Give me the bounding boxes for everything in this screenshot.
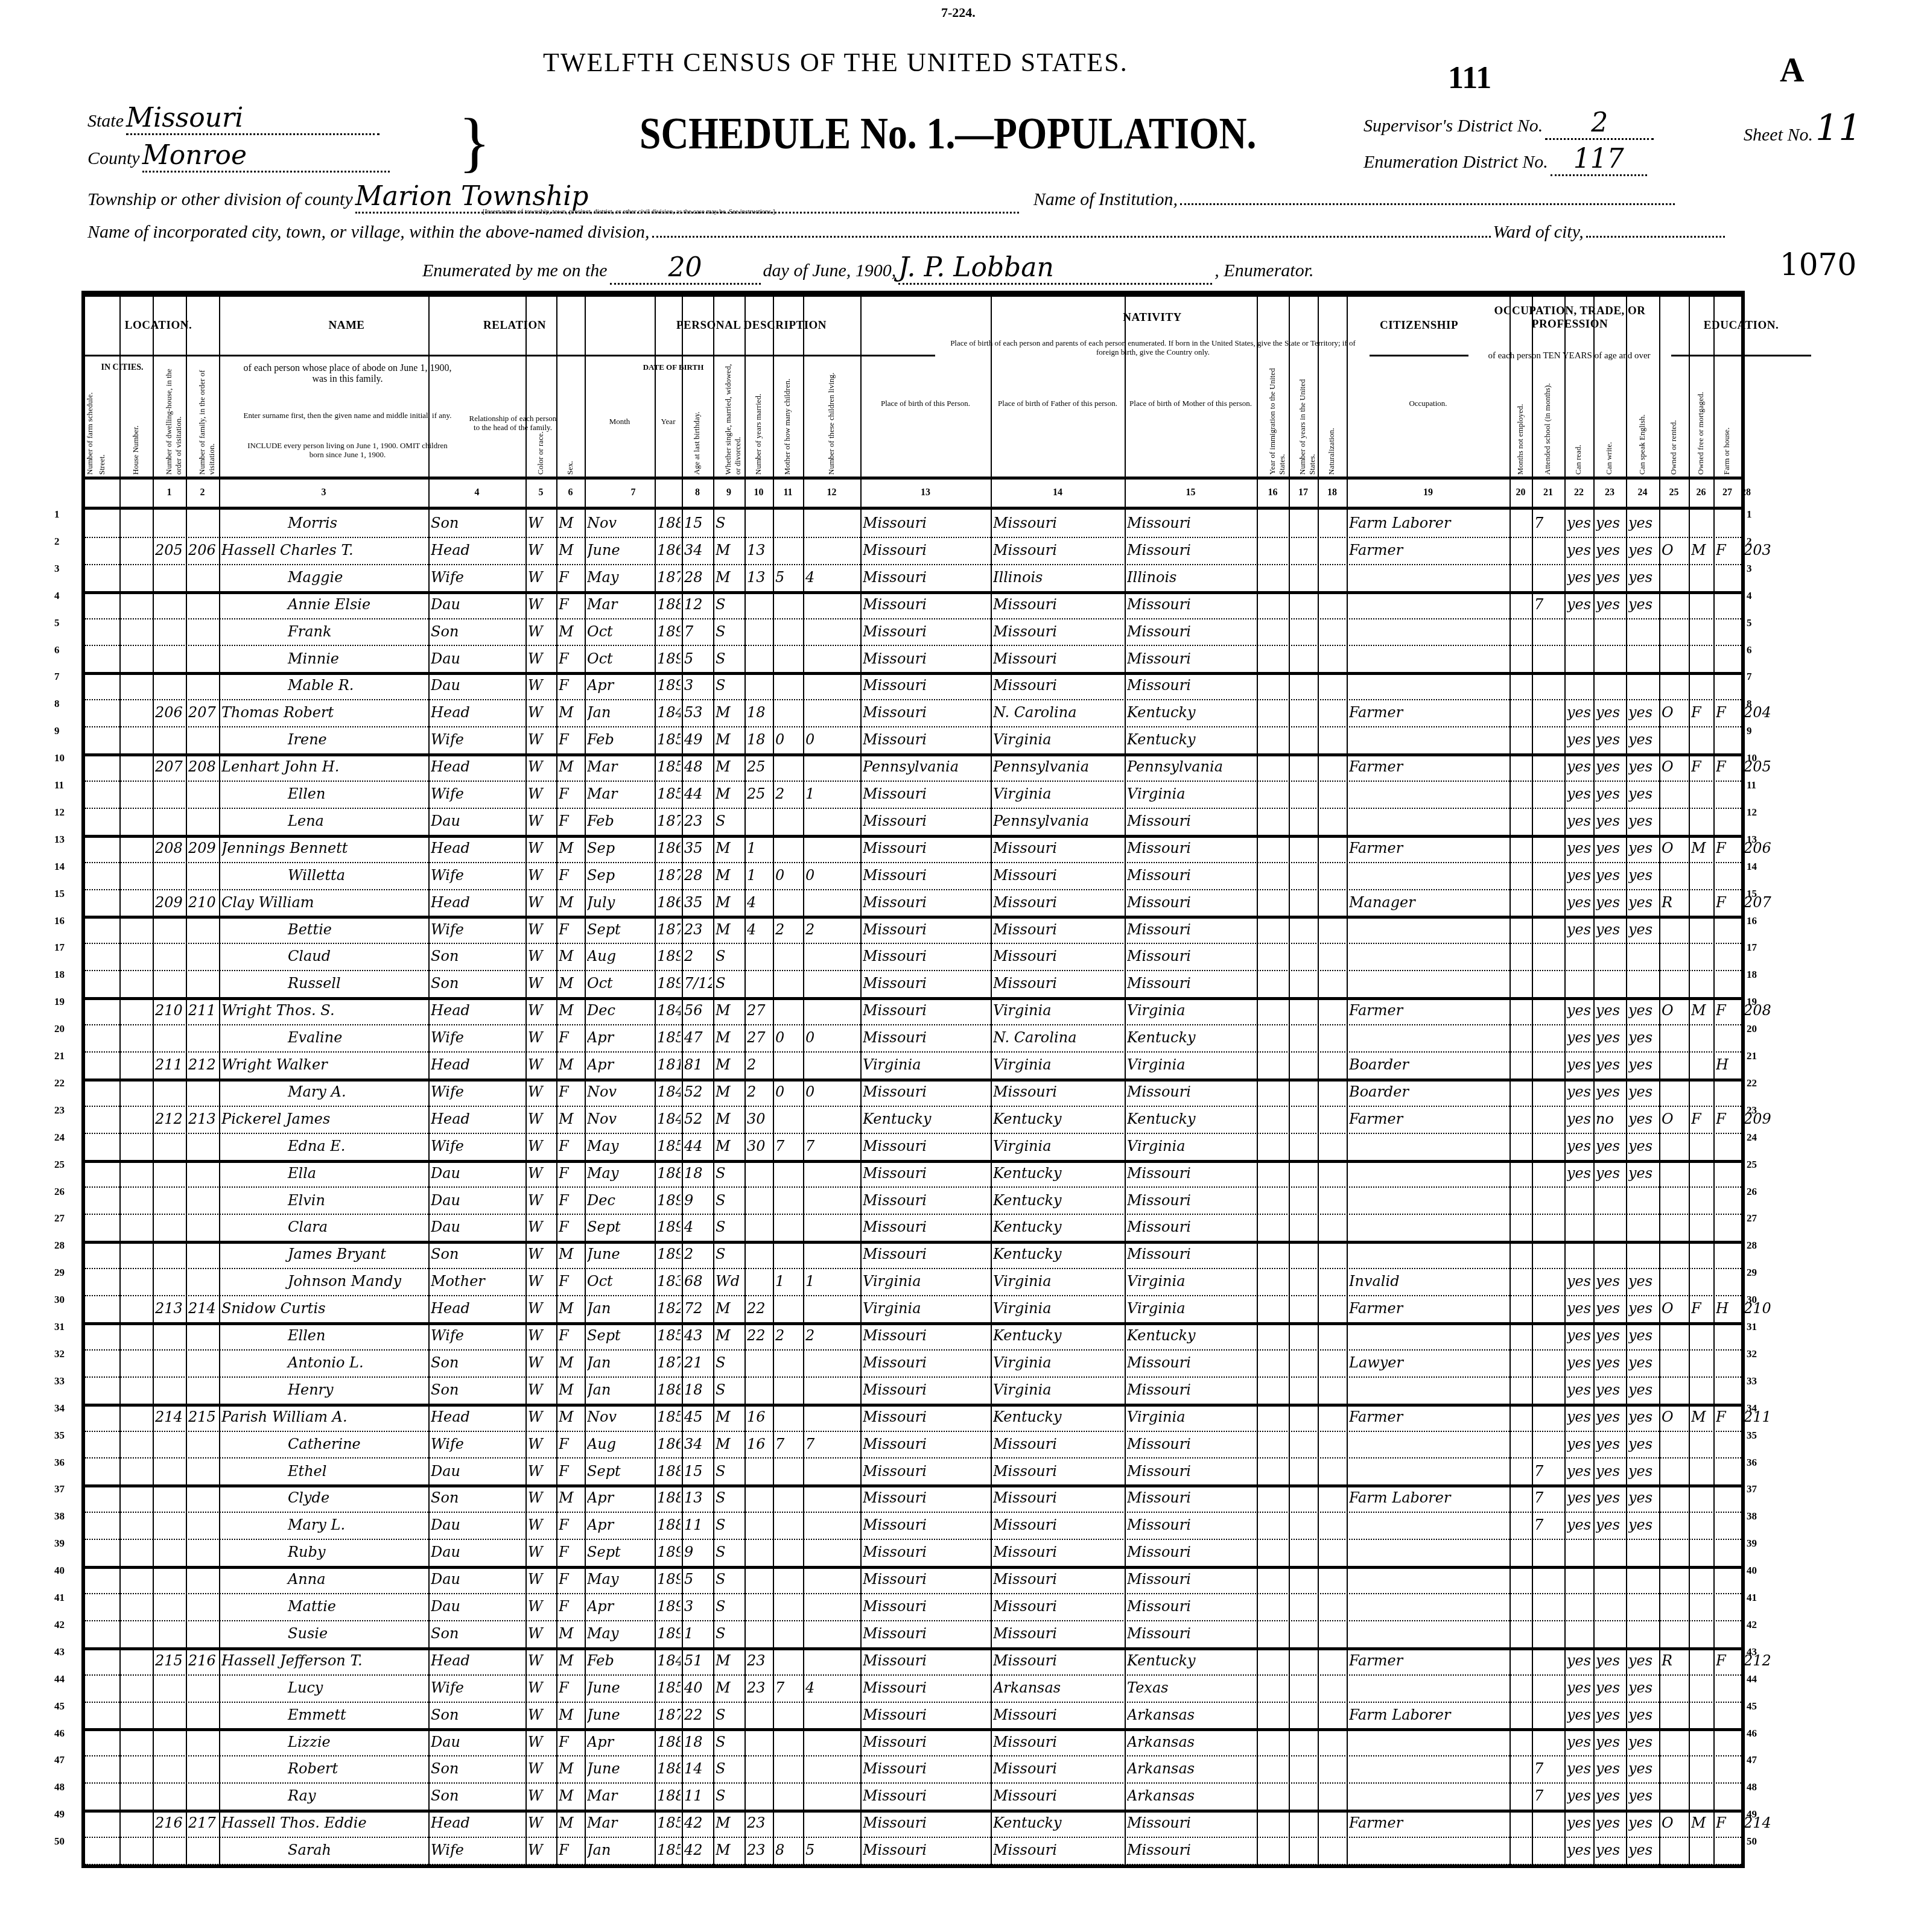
cell-relation: Wife xyxy=(431,1842,524,1858)
line-number-left: 1 xyxy=(54,508,60,521)
cell-race: W xyxy=(528,1571,555,1588)
cell-living: 0 xyxy=(805,1083,859,1100)
cell-age: 12 xyxy=(684,596,712,613)
cell-dwelling: 212 xyxy=(155,1110,185,1127)
table-row: Edna E.WifeWFMay185644M3077MissouriVirgi… xyxy=(85,1133,1741,1163)
cell-read: yes xyxy=(1567,812,1592,829)
line-number: 48 xyxy=(1747,1781,1757,1793)
cell-father-birth: Kentucky xyxy=(993,1814,1123,1831)
column-label: Occupation. xyxy=(1349,399,1507,408)
column-label: Months not employed. xyxy=(1516,363,1525,475)
cell-write: yes xyxy=(1596,704,1625,721)
cell-dwelling: 207 xyxy=(155,758,185,775)
supervisor-value: 2 xyxy=(1545,107,1654,140)
cell-month: Apr xyxy=(587,1056,653,1073)
cell-mother-of: 2 xyxy=(775,1327,802,1344)
table-row: SarahWifeWFJan185842M2385MissouriMissour… xyxy=(85,1837,1741,1865)
cell-year: 1856 xyxy=(657,1327,681,1344)
cell-mother-birth: Missouri xyxy=(1127,975,1256,992)
cell-year: 1856 xyxy=(657,1138,681,1154)
state-label: State xyxy=(87,111,124,131)
cell-birth: Missouri xyxy=(863,894,989,911)
table-row: BettieWifeWFSept187623M422MissouriMissou… xyxy=(85,916,1741,945)
cell-race: W xyxy=(528,1436,555,1452)
city-field: Name of incorporated city, town, or vill… xyxy=(87,222,1725,242)
cell-yrs-married: 2 xyxy=(747,1083,772,1100)
cell-age: 47 xyxy=(684,1029,712,1046)
cell-age: 44 xyxy=(684,785,712,802)
cell-english: yes xyxy=(1628,542,1658,559)
cell-sex: M xyxy=(559,1625,583,1642)
line-number-left: 24 xyxy=(54,1132,65,1144)
cell-english: yes xyxy=(1628,1002,1658,1019)
cell-marital: S xyxy=(716,1544,743,1560)
cell-month: Nov xyxy=(587,1083,653,1100)
cell-race: W xyxy=(528,1110,555,1127)
cell-dwelling: 206 xyxy=(155,704,185,721)
cell-father-birth: Pennsylvania xyxy=(993,812,1123,829)
cell-month: Mar xyxy=(587,1787,653,1804)
cell-english: yes xyxy=(1628,1760,1658,1777)
cell-marital: S xyxy=(716,1706,743,1723)
cell-mother-birth: Missouri xyxy=(1127,1083,1256,1100)
column-label: Whether single, married, widowed, or div… xyxy=(723,363,743,475)
cell-write: yes xyxy=(1596,1679,1625,1696)
cell-marital: M xyxy=(716,785,743,802)
line-number: 43 xyxy=(1747,1646,1757,1658)
line-number: 42 xyxy=(1747,1619,1757,1631)
cell-read: yes xyxy=(1567,1787,1592,1804)
cell-marital: M xyxy=(716,731,743,748)
cell-marital: S xyxy=(716,1354,743,1371)
column-number: 15 xyxy=(1125,487,1257,498)
institution-label: Name of Institution, xyxy=(1033,189,1178,209)
column-label: House Number. xyxy=(131,363,141,475)
cell-farm: H xyxy=(1716,1300,1740,1317)
cell-race: W xyxy=(528,1029,555,1046)
cell-month: Mar xyxy=(587,1814,653,1831)
cell-sex: M xyxy=(559,515,583,531)
cell-mother-of: 0 xyxy=(775,1083,802,1100)
cell-name: Lenhart John H. xyxy=(221,758,427,775)
cell-occupation: Manager xyxy=(1349,894,1508,911)
cell-marital: S xyxy=(716,948,743,964)
cell-mort: M xyxy=(1691,1814,1712,1831)
cell-farm: F xyxy=(1716,542,1740,559)
table-row: 214215Parish William A.HeadWMNov185445M1… xyxy=(85,1404,1741,1432)
cell-marital: M xyxy=(716,1408,743,1425)
table-row: 206207Thomas RobertHeadWMJan184753M18Mis… xyxy=(85,699,1741,727)
line-number: 13 xyxy=(1747,834,1757,846)
column-number: 23 xyxy=(1593,487,1626,498)
cell-occupation: Farmer xyxy=(1349,1408,1508,1425)
cell-write: yes xyxy=(1596,1300,1625,1317)
table-row: RubyDauWFSept18909SMissouriMissouriMisso… xyxy=(85,1539,1741,1569)
line-number: 4 xyxy=(1747,590,1752,602)
cell-month: Mar xyxy=(587,758,653,775)
county-label: County xyxy=(87,148,140,168)
cell-write: yes xyxy=(1596,1002,1625,1019)
cell-marital: M xyxy=(716,1029,743,1046)
cell-age: 5 xyxy=(684,1571,712,1588)
column-label: Number of these children living. xyxy=(827,363,836,475)
table-row: EvalineWifeWFApr185347M2700MissouriN. Ca… xyxy=(85,1024,1741,1053)
cell-english: yes xyxy=(1628,1706,1658,1723)
cell-relation: Wife xyxy=(431,1679,524,1696)
cell-race: W xyxy=(528,1760,555,1777)
cell-read: yes xyxy=(1567,758,1592,775)
ed-value: 117 xyxy=(1551,144,1647,176)
cell-race: W xyxy=(528,1246,555,1262)
line-number-left: 26 xyxy=(54,1186,65,1198)
cell-mother-of: 0 xyxy=(775,1029,802,1046)
cell-mort: M xyxy=(1691,1002,1712,1019)
cell-write: yes xyxy=(1596,812,1625,829)
line-number-left: 44 xyxy=(54,1673,65,1685)
cell-relation: Dau xyxy=(431,650,524,667)
cell-mother-birth: Missouri xyxy=(1127,1463,1256,1480)
cell-write: yes xyxy=(1596,1652,1625,1669)
cell-father-birth: Missouri xyxy=(993,1463,1123,1480)
table-row: SusieSonWMMay18991SMissouriMissouriMisso… xyxy=(85,1620,1741,1650)
cell-mother-birth: Missouri xyxy=(1127,1218,1256,1235)
cell-marital: M xyxy=(716,1002,743,1019)
cell-sex: F xyxy=(559,731,583,748)
cell-english: yes xyxy=(1628,1110,1658,1127)
cell-read: yes xyxy=(1567,840,1592,857)
cell-father-birth: Missouri xyxy=(993,1516,1123,1533)
cell-write: yes xyxy=(1596,1842,1625,1858)
cell-year: 1852 xyxy=(657,758,681,775)
cell-birth: Missouri xyxy=(863,1165,989,1182)
cell-yrs-married: 4 xyxy=(747,921,772,938)
cell-year: 1849 xyxy=(657,1652,681,1669)
cell-read: yes xyxy=(1567,1706,1592,1723)
table-row: Mary A.WifeWFNov184752M200MissouriMissou… xyxy=(85,1078,1741,1107)
cell-read: yes xyxy=(1567,1679,1592,1696)
township-field: Township or other division of county Mar… xyxy=(87,181,1675,214)
cell-write: yes xyxy=(1596,1787,1625,1804)
cell-english: yes xyxy=(1628,1273,1658,1290)
cell-mother-birth: Missouri xyxy=(1127,515,1256,531)
cell-yrs-married: 23 xyxy=(747,1679,772,1696)
cell-write: yes xyxy=(1596,921,1625,938)
cell-mother-birth: Kentucky xyxy=(1127,1652,1256,1669)
cell-race: W xyxy=(528,1787,555,1804)
cell-age: 51 xyxy=(684,1652,712,1669)
cell-month: Jan xyxy=(587,704,653,721)
cell-occupation: Boarder xyxy=(1349,1083,1508,1100)
cell-age: 3 xyxy=(684,1598,712,1615)
scan-margin xyxy=(0,1870,1927,1932)
cell-sex: F xyxy=(559,1436,583,1452)
cell-occupation: Farm Laborer xyxy=(1349,1706,1508,1723)
cell-occupation: Farmer xyxy=(1349,542,1508,559)
cell-relation: Wife xyxy=(431,1138,524,1154)
cell-mother-birth: Missouri xyxy=(1127,1165,1256,1182)
cell-month: Apr xyxy=(587,1516,653,1533)
cell-month: Sept xyxy=(587,1544,653,1560)
cell-english: yes xyxy=(1628,1463,1658,1480)
cell-relation: Wife xyxy=(431,921,524,938)
line-number: 26 xyxy=(1747,1186,1757,1198)
line-number: 31 xyxy=(1747,1321,1757,1333)
cell-birth: Missouri xyxy=(863,596,989,613)
cell-write: yes xyxy=(1596,515,1625,531)
cell-month: July xyxy=(587,894,653,911)
cell-dwelling: 208 xyxy=(155,840,185,857)
cell-father-birth: Virginia xyxy=(993,1300,1123,1317)
cell-english: yes xyxy=(1628,758,1658,775)
group-location: LOCATION. xyxy=(85,297,232,356)
column-label: Street. xyxy=(97,363,107,475)
cell-race: W xyxy=(528,1408,555,1425)
cell-sex: M xyxy=(559,1056,583,1073)
cell-sex: F xyxy=(559,1327,583,1344)
cell-name: Parish William A. xyxy=(221,1408,427,1425)
table-row: 212213Pickerel JamesHeadWMNov184752M30Ke… xyxy=(85,1106,1741,1134)
cell-name: Wright Thos. S. xyxy=(221,1002,427,1019)
cell-year: 1847 xyxy=(657,704,681,721)
cell-marital: S xyxy=(716,1734,743,1750)
cell-sex: F xyxy=(559,1029,583,1046)
cell-father-birth: Kentucky xyxy=(993,1327,1123,1344)
cell-age: 23 xyxy=(684,812,712,829)
cell-dwelling: 214 xyxy=(155,1408,185,1425)
cell-farm: F xyxy=(1716,1110,1740,1127)
line-number: 23 xyxy=(1747,1104,1757,1116)
cell-dwelling: 205 xyxy=(155,542,185,559)
cell-age: 18 xyxy=(684,1734,712,1750)
cell-father-birth: N. Carolina xyxy=(993,1029,1123,1046)
cell-month: Jan xyxy=(587,1354,653,1371)
cell-month: Feb xyxy=(587,1652,653,1669)
cell-birth: Missouri xyxy=(863,569,989,586)
cell-race: W xyxy=(528,867,555,884)
line-number: 5 xyxy=(1747,617,1752,629)
cell-relation: Dau xyxy=(431,1516,524,1533)
table-row: 215216Hassell Jefferson T.HeadWMFeb18495… xyxy=(85,1647,1741,1676)
cell-mother-birth: Missouri xyxy=(1127,894,1256,911)
cell-yrs-married: 23 xyxy=(747,1842,772,1858)
cell-english: yes xyxy=(1628,1354,1658,1371)
column-number: 17 xyxy=(1289,487,1318,498)
cell-farm: F xyxy=(1716,704,1740,721)
cell-race: W xyxy=(528,1734,555,1750)
cell-yrs-married: 27 xyxy=(747,1029,772,1046)
cell-month: Sep xyxy=(587,840,653,857)
cell-race: W xyxy=(528,948,555,964)
line-number-left: 9 xyxy=(54,725,60,737)
line-number: 3 xyxy=(1747,563,1752,575)
cell-english: yes xyxy=(1628,1787,1658,1804)
cell-living: 4 xyxy=(805,1679,859,1696)
column-number: 13 xyxy=(860,487,991,498)
cell-relation: Wife xyxy=(431,785,524,802)
table-row: EllenWifeWFMar185644M2521MissouriVirgini… xyxy=(85,781,1741,809)
cell-age: 43 xyxy=(684,1327,712,1344)
cell-race: W xyxy=(528,840,555,857)
margin-note: 1070 xyxy=(1780,247,1856,282)
cell-month: Jan xyxy=(587,1381,653,1398)
cell-age: 42 xyxy=(684,1814,712,1831)
cell-occupation: Invalid xyxy=(1349,1273,1508,1290)
cell-read: yes xyxy=(1567,1300,1592,1317)
sheet-value: 11 xyxy=(1815,107,1861,150)
cell-birth: Missouri xyxy=(863,1814,989,1831)
cell-father-birth: Missouri xyxy=(993,650,1123,667)
cell-sex: F xyxy=(559,1273,583,1290)
cell-age: 44 xyxy=(684,1138,712,1154)
cell-month: Oct xyxy=(587,623,653,640)
cell-english: yes xyxy=(1628,840,1658,857)
cell-occupation: Farmer xyxy=(1349,1652,1508,1669)
cell-sex: F xyxy=(559,1218,583,1235)
table-row: MaggieWifeWFMay187228M1354MissouriIllino… xyxy=(85,564,1741,594)
cell-mort: F xyxy=(1691,1300,1712,1317)
cell-marital: S xyxy=(716,623,743,640)
cell-relation: Son xyxy=(431,1706,524,1723)
cell-mother-birth: Missouri xyxy=(1127,812,1256,829)
cell-relation: Wife xyxy=(431,1029,524,1046)
cell-mother-birth: Missouri xyxy=(1127,623,1256,640)
township-note: [Insert name of township, town, precinct… xyxy=(483,208,775,215)
cell-age: 56 xyxy=(684,1002,712,1019)
column-label: Month xyxy=(586,417,653,426)
line-number: 6 xyxy=(1747,644,1752,656)
cell-year: 1882 xyxy=(657,1734,681,1750)
cell-year: 1871 xyxy=(657,867,681,884)
cell-year: 1847 xyxy=(657,1083,681,1100)
cell-relation: Dau xyxy=(431,1463,524,1480)
line-number-left: 49 xyxy=(54,1808,65,1820)
cell-birth: Missouri xyxy=(863,1138,989,1154)
cell-english: yes xyxy=(1628,1408,1658,1425)
cell-sex: M xyxy=(559,623,583,640)
line-number-left: 46 xyxy=(54,1728,65,1740)
cell-year: 1851 xyxy=(657,731,681,748)
line-number: 33 xyxy=(1747,1375,1757,1387)
cell-yrs-married: 25 xyxy=(747,785,772,802)
cell-race: W xyxy=(528,677,555,694)
cell-father-birth: Missouri xyxy=(993,1083,1123,1100)
cell-mother-birth: Missouri xyxy=(1127,1354,1256,1371)
cell-month: Oct xyxy=(587,650,653,667)
cell-farm: F xyxy=(1716,894,1740,911)
cell-sex: M xyxy=(559,1787,583,1804)
table-row: Antonio L.SonWMJan187921SMissouriVirgini… xyxy=(85,1349,1741,1378)
line-number-left: 16 xyxy=(54,915,65,927)
cell-occupation: Farmer xyxy=(1349,1814,1508,1831)
census-title: TWELFTH CENSUS OF THE UNITED STATES. xyxy=(543,47,1128,78)
cell-age: 5 xyxy=(684,650,712,667)
cell-yrs-married: 13 xyxy=(747,569,772,586)
group-relation: RELATION xyxy=(462,297,568,356)
cell-birth: Missouri xyxy=(863,1489,989,1506)
cell-marital: S xyxy=(716,1218,743,1235)
cell-sex: F xyxy=(559,1571,583,1588)
cell-marital: M xyxy=(716,1327,743,1344)
column-number: 26 xyxy=(1689,487,1713,498)
cell-year: 1847 xyxy=(657,1110,681,1127)
column-number: 5 xyxy=(525,487,556,498)
cell-mother-birth: Arkansas xyxy=(1127,1787,1256,1804)
cell-relation: Dau xyxy=(431,812,524,829)
cell-read: yes xyxy=(1567,1463,1592,1480)
cell-year: 1897 xyxy=(657,677,681,694)
cell-mother-birth: Missouri xyxy=(1127,840,1256,857)
table-row: IreneWifeWFFeb185149M1800MissouriVirgini… xyxy=(85,726,1741,756)
cell-yrs-married: 18 xyxy=(747,731,772,748)
cell-english: yes xyxy=(1628,1029,1658,1046)
line-number-left: 27 xyxy=(54,1212,65,1224)
cell-age: 4 xyxy=(684,1218,712,1235)
line-number: 30 xyxy=(1747,1294,1757,1306)
line-number: 15 xyxy=(1747,888,1757,900)
column-label: Farm or house. xyxy=(1722,363,1732,475)
cell-father-birth: Kentucky xyxy=(993,1408,1123,1425)
cell-relation: Head xyxy=(431,704,524,721)
cell-relation: Wife xyxy=(431,1083,524,1100)
line-number-left: 34 xyxy=(54,1402,65,1414)
cell-mother-birth: Missouri xyxy=(1127,1625,1256,1642)
cell-marital: M xyxy=(716,1652,743,1669)
cell-birth: Missouri xyxy=(863,1734,989,1750)
cell-read: yes xyxy=(1567,1110,1592,1127)
cell-month: May xyxy=(587,1625,653,1642)
cell-write: yes xyxy=(1596,1083,1625,1100)
cell-name: Hassell Jefferson T. xyxy=(221,1652,427,1669)
cell-age: 81 xyxy=(684,1056,712,1073)
cell-sex: M xyxy=(559,1489,583,1506)
cell-mother-birth: Missouri xyxy=(1127,1598,1256,1615)
cell-year: 1897 xyxy=(657,1598,681,1615)
cell-english: yes xyxy=(1628,812,1658,829)
cell-month: Dec xyxy=(587,1002,653,1019)
cell-mother-birth: Missouri xyxy=(1127,1489,1256,1506)
cell-relation: Son xyxy=(431,623,524,640)
cell-write: yes xyxy=(1596,867,1625,884)
column-number: 27 xyxy=(1713,487,1741,498)
cell-family: 206 xyxy=(188,542,218,559)
line-number-left: 25 xyxy=(54,1159,65,1171)
cell-name: Pickerel James xyxy=(221,1110,427,1127)
cell-race: W xyxy=(528,542,555,559)
table-row: HenrySonWMJan188218SMissouriVirginiaMiss… xyxy=(85,1376,1741,1407)
cell-race: W xyxy=(528,1381,555,1398)
cell-mother-birth: Texas xyxy=(1127,1679,1256,1696)
cell-father-birth: Missouri xyxy=(993,1598,1123,1615)
line-number: 20 xyxy=(1747,1023,1757,1035)
cell-mort: F xyxy=(1691,704,1712,721)
cell-sex: M xyxy=(559,948,583,964)
cell-write: yes xyxy=(1596,1327,1625,1344)
line-number: 34 xyxy=(1747,1402,1757,1414)
cell-age: 11 xyxy=(684,1516,712,1533)
cell-birth: Missouri xyxy=(863,1760,989,1777)
cell-year: 1887 xyxy=(657,1489,681,1506)
cell-relation: Son xyxy=(431,1760,524,1777)
line-number: 14 xyxy=(1747,861,1757,873)
cell-age: 18 xyxy=(684,1165,712,1182)
cell-occupation: Farmer xyxy=(1349,1300,1508,1317)
cell-sex: F xyxy=(559,1598,583,1615)
cell-read: yes xyxy=(1567,1002,1592,1019)
cell-year: 1865 xyxy=(657,542,681,559)
cell-age: 1 xyxy=(684,1625,712,1642)
line-number-left: 15 xyxy=(54,888,65,900)
cell-marital: M xyxy=(716,921,743,938)
